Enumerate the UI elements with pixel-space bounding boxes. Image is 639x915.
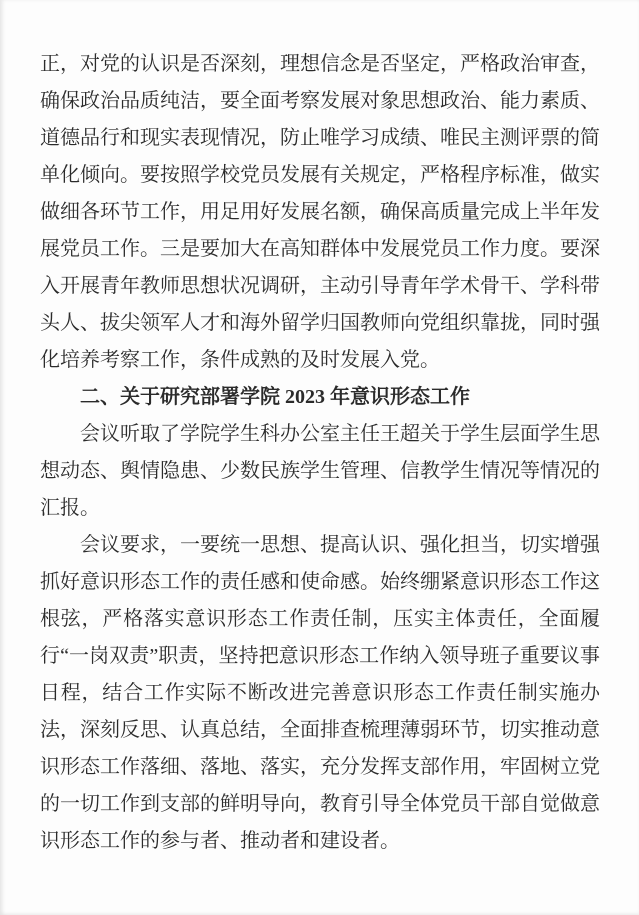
- document-page: 正，对党的认识是否深刻，理想信念是否坚定，严格政治审查，确保政治品质纯洁，要全面…: [0, 0, 639, 915]
- section-heading-ideology-work: 二、关于研究部署学院 2023 年意识形态工作: [40, 379, 600, 416]
- paragraph-meeting-requirements: 会议要求，一要统一思想、提高认识、强化担当，切实增强抓好意识形态工作的责任感和使…: [40, 527, 600, 860]
- paragraph-party-development: 正，对党的认识是否深刻，理想信念是否坚定，严格政治审查，确保政治品质纯洁，要全面…: [40, 46, 600, 379]
- paragraph-report-briefing: 会议听取了学院学生科办公室主任王超关于学生层面学生思想动态、舆情隐患、少数民族学…: [40, 416, 600, 527]
